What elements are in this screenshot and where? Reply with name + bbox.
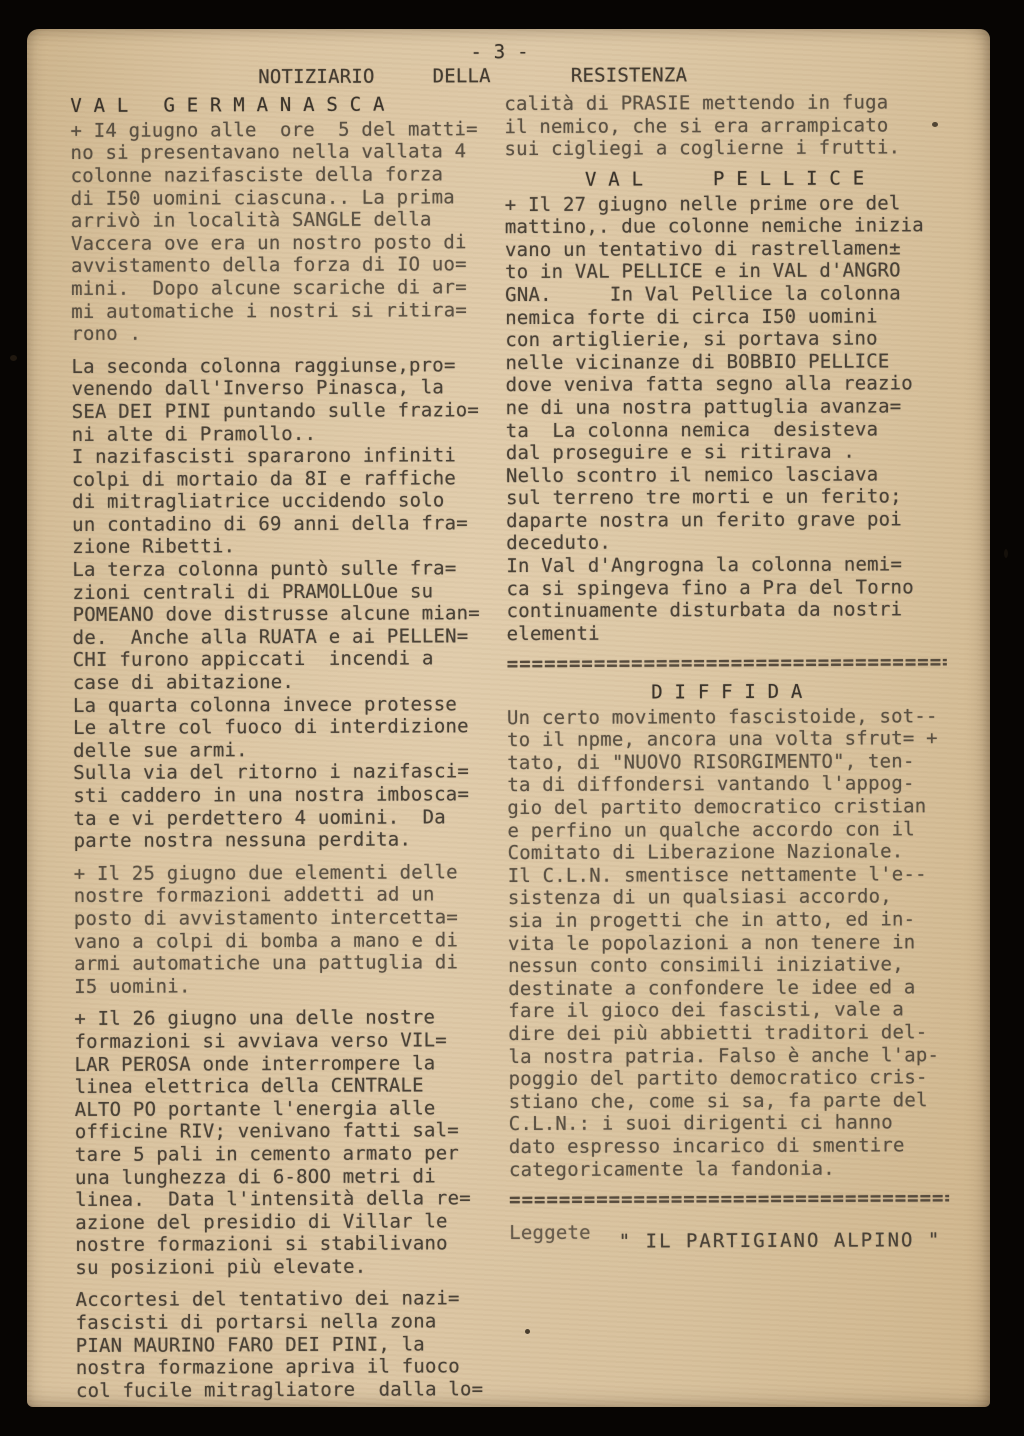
paragraph-diffida: Un certo movimento fascistoide, sot-- to… [507,705,949,1181]
paragraph-26-june: + Il 26 giugno una delle nostre formazio… [74,1006,509,1279]
paragraph-27-june: + Il 27 giugno nelle prime ore del matti… [505,192,947,646]
column-left: V A L G E R M A N A S C A + I4 giugno al… [70,93,510,1412]
leggete-label: Leggete [509,1221,591,1253]
newsletter-title: NOTIZIARIO DELLA RESISTENZA [258,63,967,89]
divider-line: ==================================== [507,652,947,677]
ink-speck [932,122,938,127]
title-word-resistenza: RESISTENZA [571,64,687,87]
leggete-row: Leggete " IL PARTIGIANO ALPINO " [509,1220,949,1254]
column-right: calità di PRASIE mettendo in fuga il nem… [504,91,949,1253]
ink-speck [525,1329,530,1334]
title-word-della: DELLA [433,65,491,88]
section-heading-diffida: D I F F I D A [507,680,947,705]
paper-sheet: - 3 - NOTIZIARIO DELLA RESISTENZA V A L … [27,29,990,1407]
paragraph-continuation: calità di PRASIE mettendo in fuga il nem… [504,91,944,161]
title-word-notiziario: NOTIZIARIO [258,65,374,88]
typewritten-content: - 3 - NOTIZIARIO DELLA RESISTENZA V A L … [70,39,973,1395]
ink-speck [1004,549,1008,558]
paragraph-accortesi: Accortesi del tentativo dei nazi= fascis… [75,1288,509,1403]
paragraph-14-june: + I4 giugno alle ore 5 del matti= no si … [70,118,505,346]
scanned-page: - 3 - NOTIZIARIO DELLA RESISTENZA V A L … [0,0,1024,1436]
two-column-body: V A L G E R M A N A S C A + I4 giugno al… [70,91,973,1412]
paragraph-columns-attack: La seconda colonna raggiunse,pro= venend… [71,354,507,853]
section-heading-val-germanasca: V A L G E R M A N A S C A [70,93,504,117]
divider-line-bottom: ==================================== [509,1187,949,1212]
page-number: - 3 - [32,39,967,66]
ink-speck [10,355,17,361]
section-heading-val-pellice: V A L P E L L I C E [505,167,945,192]
publication-name: " IL PARTIGIANO ALPINO " [619,1229,942,1253]
paragraph-25-june: + Il 25 giugno due elementi delle nostre… [74,861,509,998]
